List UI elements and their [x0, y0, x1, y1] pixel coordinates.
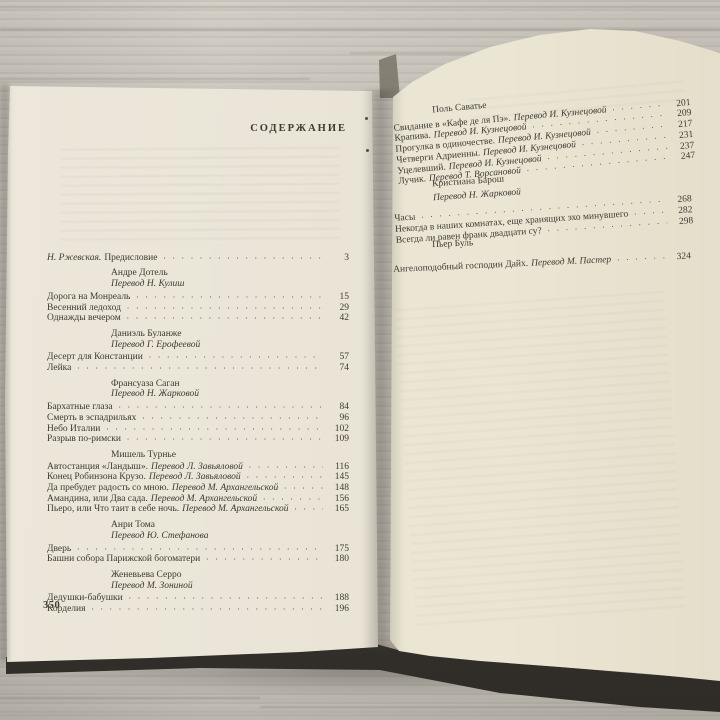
binding-stitch [366, 149, 369, 152]
dot-leader: ........................................… [617, 251, 665, 263]
section-translator: Перевод М. Зониной [47, 582, 349, 592]
toc-row: Пьеро, или Что таит в себе ночь.Перевод … [47, 504, 349, 515]
section-translator: Перевод Г. Ерофеевой [47, 341, 349, 351]
entry-translator: Перевод М. Архангельской [151, 495, 257, 505]
entry-page: 156 [325, 495, 349, 505]
entry-title: Башни собора Парижской богоматери [47, 555, 200, 565]
section-author: Андре Дотель [47, 269, 349, 279]
entry-page: 15 [325, 293, 349, 303]
entry-title: Пьеро, или Что таит в себе ночь. [47, 505, 179, 515]
dot-leader: ........................................… [77, 362, 323, 372]
toc-row: Н. Ржевская.Предисловие.................… [47, 253, 349, 264]
dot-leader: ........................................… [106, 422, 323, 432]
dot-leader: ........................................… [206, 553, 323, 563]
toc-sections-left: Н. Ржевская.Предисловие.................… [47, 253, 349, 615]
dot-leader: ........................................… [284, 482, 323, 492]
entry-title: Предисловие [104, 254, 157, 264]
binding-stitch [365, 117, 368, 120]
entry-page: 96 [325, 414, 349, 424]
section-author: Женевьева Серро [47, 571, 349, 581]
entry-title: Конец Робинзона Крузо. [47, 473, 146, 483]
entry-title: Бархатные глаза [47, 403, 113, 413]
entry-page: 298 [669, 217, 694, 228]
entry-page: 188 [325, 594, 349, 604]
entry-page: 148 [325, 484, 349, 494]
entry-page: 29 [325, 304, 349, 314]
entry-title: Небо Италии [47, 425, 100, 435]
toc-row: Лейка...................................… [47, 363, 349, 374]
entry-page: 180 [325, 555, 349, 565]
dot-leader: ........................................… [77, 542, 323, 552]
section-author: Даниэль Буланже [47, 330, 349, 340]
toc-row: Корделия................................… [47, 604, 349, 615]
entry-page: 84 [325, 403, 349, 413]
dot-leader: ........................................… [142, 411, 323, 421]
entry-title: Разрыв по-римски [47, 435, 121, 445]
dot-leader: ........................................… [129, 592, 323, 602]
entry-title: Да пребудет радость со мною. [47, 484, 169, 494]
page-showthrough [394, 291, 686, 629]
entry-page: 42 [325, 314, 349, 324]
dot-leader: ........................................… [127, 433, 323, 443]
section-author: Франсуаза Саган [47, 380, 349, 390]
dot-leader: ........................................… [249, 460, 323, 470]
dot-leader: ........................................… [163, 251, 323, 261]
entry-translator: Перевод М. Архангельской [182, 505, 288, 515]
dot-leader: ........................................… [127, 301, 323, 311]
toc-row: Однажды вечером.........................… [47, 313, 349, 324]
dot-leader: ........................................… [119, 401, 323, 411]
entry-title: Лейка [47, 364, 71, 374]
entry-page: 57 [325, 353, 349, 363]
section-translator: Перевод Н. Жарковой [47, 390, 349, 400]
entry-title: Амандина, или Два сада. [47, 495, 148, 505]
entry-page: 74 [325, 364, 349, 374]
entry-page: 247 [671, 152, 696, 164]
entry-author: Н. Ржевская. [47, 254, 101, 264]
contents-heading: СОДЕРЖАНИЕ [47, 124, 349, 134]
dot-leader: ........................................… [91, 603, 323, 613]
dot-leader: ........................................… [295, 503, 323, 513]
toc-row: Разрыв по-римски........................… [47, 434, 349, 445]
entry-page: 324 [667, 252, 691, 263]
entry-title: Дверь [47, 545, 71, 555]
table-plank-seam [0, 78, 310, 80]
entry-translator: Перевод Л. Завьяловой [151, 463, 243, 473]
entry-page: 165 [325, 505, 349, 515]
dot-leader: ........................................… [263, 492, 323, 502]
table-plank-seam [0, 6, 720, 8]
table-of-contents-left: СОДЕРЖАНИЕ Н. Ржевская.Предисловие......… [47, 124, 349, 615]
page-edge-shadow [0, 84, 9, 662]
dot-leader: ........................................… [247, 471, 323, 481]
section-translator: Перевод Н. Кулиш [47, 280, 349, 290]
entry-page: 3 [325, 254, 349, 264]
page-number-folio: 350 [43, 600, 60, 611]
dot-leader: ........................................… [127, 312, 323, 322]
entry-page: 109 [325, 435, 349, 445]
section-translator: Перевод Ю. Стефанова [47, 532, 349, 542]
entry-title: Дорога на Монреаль [47, 293, 130, 303]
toc-row: Башни собора Парижской богоматери.......… [47, 554, 349, 565]
table-plank-seam [0, 714, 720, 716]
entry-page: 116 [325, 463, 349, 473]
entry-page: 102 [325, 425, 349, 435]
dot-leader: ........................................… [136, 290, 323, 300]
entry-page: 196 [325, 605, 349, 615]
entry-title: Автостанция «Ландыш». [47, 463, 148, 473]
book-photo: СОДЕРЖАНИЕ Н. Ржевская.Предисловие......… [0, 0, 720, 720]
entry-page: 145 [325, 473, 349, 483]
entry-page: 175 [325, 545, 349, 555]
entry-title: Однажды вечером [47, 314, 121, 324]
entry-translator: Перевод Л. Завьяловой [149, 473, 241, 483]
dot-leader: ........................................… [149, 351, 323, 361]
section-author: Анри Тома [47, 521, 349, 531]
entry-title: Весенний ледоход [47, 304, 121, 314]
